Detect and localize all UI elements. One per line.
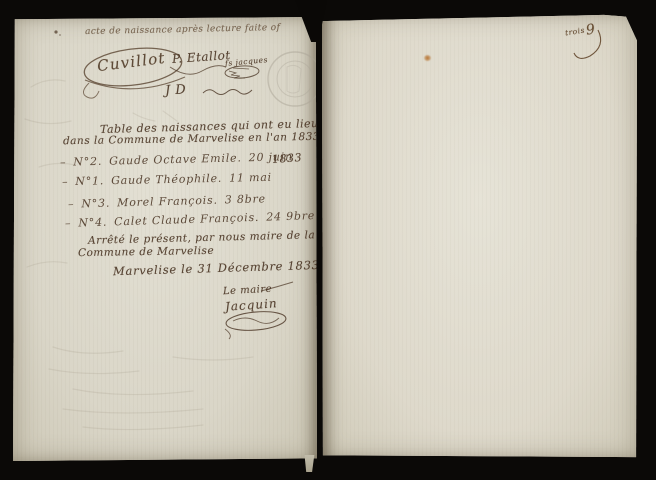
paraph-scribble <box>229 68 249 78</box>
entry-year: 1833 <box>272 151 303 166</box>
right-page-ink-flourishes <box>322 14 637 458</box>
corner-annotation-number: 9 <box>585 21 597 38</box>
closing-line2: Commune de Marvelise <box>78 245 214 259</box>
entry-name: Calet Claude François. <box>114 211 259 229</box>
signature-secondary-suffix: fs jacques <box>225 55 269 68</box>
birth-entry-row: – N°4. Calet Claude François. 24 9bre <box>65 209 315 230</box>
entry-dash: – <box>65 217 72 230</box>
birth-entry-row: – N°1. Gaude Théophile. 11 mai <box>62 171 272 188</box>
header-note: acte de naissance après lecture faite of <box>85 23 281 37</box>
entry-name: Morel François. <box>117 194 218 210</box>
birth-entry-row: – N°3. Morel François. 3 8bre <box>68 192 266 211</box>
signature-initials: J D <box>165 82 187 98</box>
entry-name: Gaude Octave Emile. <box>109 151 242 167</box>
ink-speck <box>54 30 57 33</box>
entry-number: N°1. <box>75 174 104 188</box>
embossed-stamp-figure <box>287 65 301 93</box>
entry-date: 11 mai <box>229 171 272 185</box>
entry-name: Gaude Théophile. <box>111 172 222 187</box>
embossed-stamp-inner <box>277 61 313 97</box>
entry-dash: – <box>60 156 67 169</box>
entry-dash: – <box>68 198 75 211</box>
initials-squiggle <box>203 90 252 95</box>
entry-number: N°2. <box>73 155 102 169</box>
left-page: acte de naissance après lecture faite of… <box>13 17 317 461</box>
birth-entry-row: – N°2. Gaude Octave Emile. 20 juin <box>60 150 293 169</box>
scanned-register-spread: acte de naissance après lecture faite of… <box>0 0 656 480</box>
paper-stain <box>424 55 431 61</box>
entry-date: 3 8bre <box>225 192 266 206</box>
signoff-name-jacquin: Jacquin <box>225 296 279 314</box>
signoff-role: Le maire <box>223 284 273 298</box>
signature-primary: Cuvillot <box>96 49 166 75</box>
signature-loop <box>83 83 99 98</box>
secondary-signature-swash <box>170 66 226 75</box>
dateline: Marvelise le 31 Décembre 1833. <box>113 258 324 279</box>
entry-number: N°4. <box>78 216 107 230</box>
corner-annotation-word: trois <box>564 26 585 38</box>
jacquin-paraph-scribble <box>225 318 279 339</box>
entry-date: 24 9bre <box>266 209 315 224</box>
embossed-stamp <box>268 52 317 106</box>
entry-dash: – <box>62 175 69 188</box>
signature-secondary: P. Etallot <box>172 48 232 66</box>
entry-number: N°3. <box>81 197 110 211</box>
right-page: trois 9 <box>322 14 637 458</box>
ink-speck <box>59 34 61 36</box>
